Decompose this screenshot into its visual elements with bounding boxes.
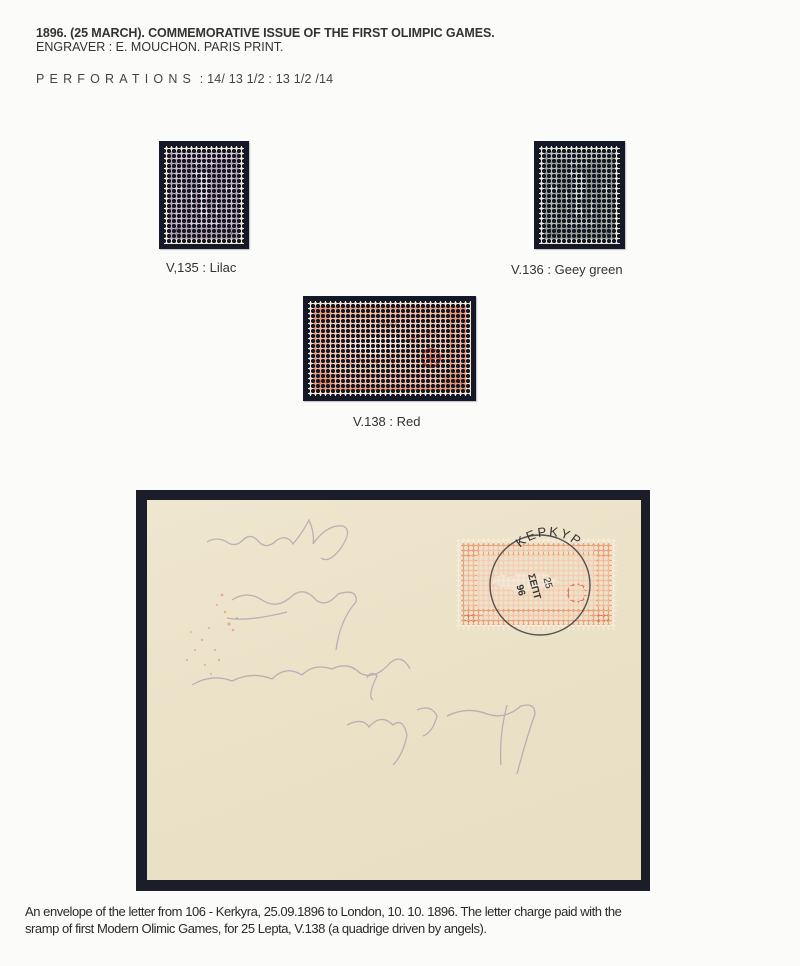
stamp-red: ΕΛΛΑΣ 25 25 xyxy=(308,301,471,396)
engraver-line: ENGRAVER : E. MOUCHON. PARIS PRINT. xyxy=(36,40,284,54)
caption-line-1: An envelope of the letter from 106 - Ker… xyxy=(25,903,785,920)
svg-text:10: 10 xyxy=(548,227,558,237)
stamp-caption-grey-green: V.136 : Geey green xyxy=(511,262,623,277)
envelope: 25 25 ΚΕΡΚΥΡ 25 ΣΕΠΤ 96 xyxy=(147,500,641,880)
caption-line-2: sramp of first Modern Olimic Games, for … xyxy=(25,920,785,937)
svg-text:96: 96 xyxy=(513,584,527,598)
perforations-label: PERFORATIONS xyxy=(36,72,196,86)
stamp-mount-lilac: 5 5 xyxy=(159,141,249,249)
stamp-grey-green: 10 10 xyxy=(539,146,620,244)
svg-text:25: 25 xyxy=(316,378,328,390)
quadriga-chariot-icon: ΕΛΛΑΣ 25 25 xyxy=(313,306,466,391)
cover-caption: An envelope of the letter from 106 - Ker… xyxy=(25,903,785,937)
postmark-kerkyra: ΚΕΡΚΥΡ 25 ΣΕΠΤ 96 xyxy=(475,520,605,650)
stamp-mount-grey-green: 10 10 xyxy=(534,141,625,249)
svg-text:25: 25 xyxy=(540,576,554,590)
stamp-caption-red: V.138 : Red xyxy=(353,414,420,429)
discus-thrower-icon: 5 5 xyxy=(169,151,239,239)
svg-text:ΕΛΛΑΣ: ΕΛΛΑΣ xyxy=(378,322,398,328)
svg-text:25: 25 xyxy=(451,378,463,390)
envelope-mount: 25 25 ΚΕΡΚΥΡ 25 ΣΕΠΤ 96 xyxy=(136,490,650,891)
svg-text:ΚΕΡΚΥΡ: ΚΕΡΚΥΡ xyxy=(512,524,585,550)
svg-text:ΣΕΠΤ: ΣΕΠΤ xyxy=(525,573,542,601)
page-title: 1896. (25 MARCH). COMMEMORATIVE ISSUE OF… xyxy=(36,26,495,40)
perforations-line: PERFORATIONS : 14/ 13 1/2 : 13 1/2 /14 xyxy=(36,72,333,86)
perforations-value: : 14/ 13 1/2 : 13 1/2 /14 xyxy=(196,72,333,86)
discus-thrower-icon: 10 10 xyxy=(544,151,615,239)
stamp-lilac: 5 5 xyxy=(164,146,244,244)
svg-text:5: 5 xyxy=(175,227,180,237)
stamp-mount-red: ΕΛΛΑΣ 25 25 xyxy=(303,296,476,401)
stamp-caption-lilac: V,135 : Lilac xyxy=(166,260,236,275)
svg-text:5: 5 xyxy=(227,227,232,237)
svg-text:10: 10 xyxy=(601,227,611,237)
